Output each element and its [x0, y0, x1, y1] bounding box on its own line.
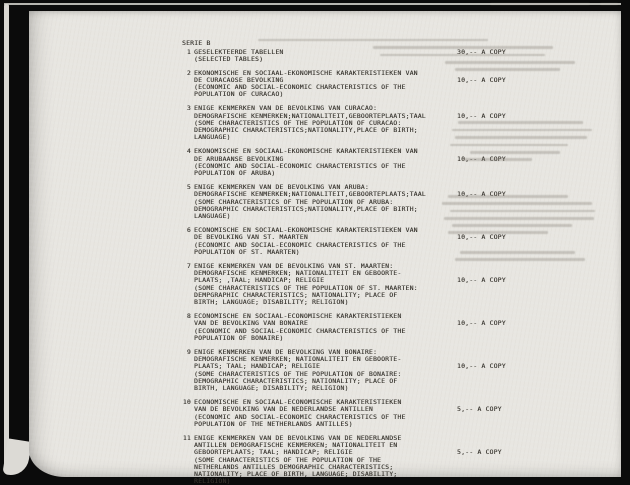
item-line: POPULATION OF THE NETHERLANDS ANTILLES) [194, 421, 630, 428]
item-number: 4 [179, 148, 191, 155]
catalog-item: 10ECONOMISCHE EN SOCIAAL-ECONOMISCHE KAR… [179, 399, 630, 428]
item-description: ENIGE KENMERKEN VAN DE BEVOLKING VAN ST.… [194, 263, 630, 307]
bleedthrough-line [455, 136, 587, 139]
item-price: 5,-- A COPY [457, 406, 502, 413]
item-description: EKONOMISCHE EN SOCIAAL-EKONOMISCHE KARAK… [194, 70, 630, 99]
bleedthrough-line [455, 68, 560, 71]
item-price: 10,-- A COPY [457, 320, 506, 327]
document-page: SERIE B 1GESELEKTEERDE TABELLEN(SELECTED… [29, 11, 621, 477]
catalog-item: 8ECONOMISCHE EN SOCIAAL-ECONOMISCHE KARA… [179, 313, 630, 342]
item-number: 1 [179, 49, 191, 56]
items-layer: 1GESELEKTEERDE TABELLEN(SELECTED TABLES)… [29, 11, 621, 477]
page-corner-curl [2, 438, 31, 477]
bleedthrough-line [445, 61, 575, 64]
item-line: POPULATION OF BONAIRE) [194, 335, 630, 342]
item-number: 10 [179, 399, 191, 406]
item-price: 10,-- A COPY [457, 277, 506, 284]
bleedthrough-line [450, 144, 568, 147]
item-number: 3 [179, 105, 191, 112]
page-edge-left [4, 4, 9, 470]
item-description: ENIGE KENMERKEN VAN DE BEVOLKING VAN DE … [194, 435, 630, 485]
item-line: BIRTH, LANGUAGE; DISABILITY; RELIGION) [194, 385, 630, 392]
bleedthrough-line [448, 231, 548, 234]
catalog-item: 2EKONOMISCHE EN SOCIAAL-EKONOMISCHE KARA… [179, 70, 630, 99]
scan-border-smudge [490, 3, 590, 6]
item-number: 6 [179, 227, 191, 234]
scan-border-smudge [600, 3, 618, 6]
item-price: 5,-- A COPY [457, 449, 502, 456]
bleedthrough-line [452, 224, 572, 227]
item-description: ENIGE KENMERKEN VAN DE BEVOLKING VAN BON… [194, 349, 630, 393]
bleedthrough-line [452, 129, 592, 132]
item-number: 8 [179, 313, 191, 320]
item-number: 9 [179, 349, 191, 356]
bleedthrough-line [450, 210, 595, 213]
catalog-item: 11ENIGE KENMERKEN VAN DE BEVOLKING VAN D… [179, 435, 630, 485]
item-number: 11 [179, 435, 191, 442]
item-description: EKONOMISCHE EN SOCIAAL-EKONOMISCHE KARAK… [194, 148, 630, 177]
bleedthrough-line [448, 195, 568, 198]
bleedthrough-line [444, 217, 594, 220]
bleedthrough-line [462, 158, 532, 161]
item-line: NATIONALITY; PLACE OF BIRTH, LANGUAGE; D… [194, 471, 630, 478]
item-number: 7 [179, 263, 191, 270]
scanned-document: SERIE B 1GESELEKTEERDE TABELLEN(SELECTED… [0, 0, 630, 485]
item-price: 10,-- A COPY [457, 77, 506, 84]
catalog-item: 7ENIGE KENMERKEN VAN DE BEVOLKING VAN ST… [179, 263, 630, 307]
bleedthrough-line [380, 54, 545, 57]
item-line: POPULATION OF CURACAO) [194, 91, 630, 98]
bleedthrough-line [460, 251, 575, 254]
catalog-item: 4EKONOMISCHE EN SOCIAAL-EKONOMISCHE KARA… [179, 148, 630, 177]
item-price: 10,-- A COPY [457, 113, 506, 120]
item-number: 2 [179, 70, 191, 77]
item-number: 5 [179, 184, 191, 191]
item-description: ECONOMISCHE EN SOCIAAL-ECONOMISCHE KARAK… [194, 399, 630, 428]
catalog-item: 9ENIGE KENMERKEN VAN DE BEVOLKING VAN BO… [179, 349, 630, 393]
item-price: 10,-- A COPY [457, 234, 506, 241]
item-line: RELIGION) [194, 478, 630, 485]
item-line: BIRTH; LANGUAGE; DISABILITY; RELIGION) [194, 299, 630, 306]
item-line: POPULATION OF ARUBA) [194, 170, 630, 177]
bleedthrough-line [442, 202, 592, 205]
bleedthrough-line [455, 258, 585, 261]
bleedthrough-line [258, 39, 488, 42]
item-description: ECONOMISCHE EN SOCIAAL-ECONOMISCHE KARAK… [194, 313, 630, 342]
bleedthrough-line [458, 121, 583, 124]
bleedthrough-line [373, 46, 553, 49]
item-price: 10,-- A COPY [457, 363, 506, 370]
bleedthrough-line [470, 151, 560, 154]
